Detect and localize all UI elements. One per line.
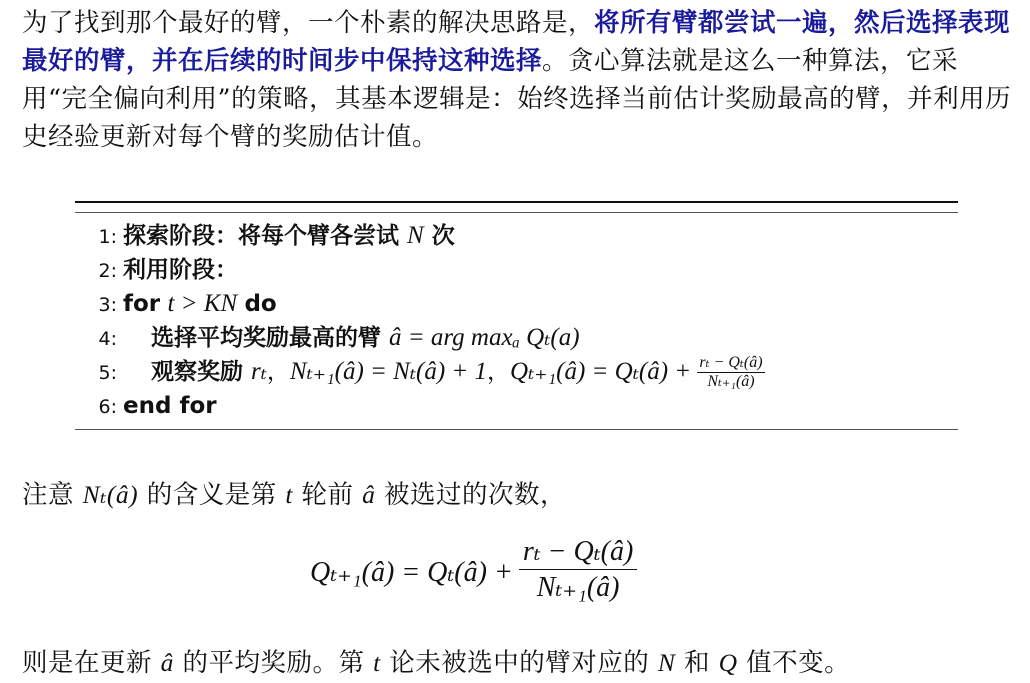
conclusion-part1: 则是在更新 [22, 648, 161, 678]
line-text: 探索阶段：将每个臂各尝试 [123, 223, 407, 249]
keyword-do: do [244, 291, 276, 317]
math-q-update: Qₜ₊₁(â) = Qₜ(â) + [510, 358, 697, 385]
math-count-update: Nₜ₊₁(â) = Nₜ(â) + 1 [290, 358, 487, 385]
note-mid2: 轮前 [293, 480, 362, 510]
algorithm-box: 1:探索阶段：将每个臂各尝试 N 次 2:利用阶段： 3:for t > KN … [75, 201, 958, 430]
line-number: 3: [75, 288, 123, 322]
intro-text-before: 为了找到那个最好的臂，一个朴素的解决思路是， [22, 8, 594, 38]
keyword-for: for [123, 291, 160, 317]
line-number: 1: [75, 220, 123, 254]
algorithm-line-5: 5:观察奖励 rₜ，Nₜ₊₁(â) = Nₜ(â) + 1，Qₜ₊₁(â) = … [75, 355, 958, 389]
algorithm-line-6: 6:end for [75, 389, 958, 423]
note-math-a: â [362, 480, 375, 509]
algorithm-line-1: 1:探索阶段：将每个臂各尝试 N 次 [75, 219, 958, 253]
intro-paragraph: 为了找到那个最好的臂，一个朴素的解决思路是，将所有臂都尝试一遍，然后选择表现最好… [22, 4, 1022, 156]
conclusion-math-t: t [373, 648, 381, 677]
line-tail: 次 [424, 223, 455, 249]
display-formula: Qₜ₊₁(â) = Qₜ(â) + rₜ − Qₜ(â) Nₜ₊₁(â) [310, 538, 637, 605]
keyword-end-for: end for [123, 393, 217, 419]
conclusion-part3: 论未被选中的臂对应的 [381, 648, 658, 678]
math-fraction: rₜ − Qₜ(â)Nₜ₊₁(â) [697, 355, 764, 390]
line-text: 观察奖励 [151, 359, 251, 385]
math-reward: rₜ [251, 358, 267, 385]
line-number: 2: [75, 254, 123, 288]
conclusion-part2: 的平均奖励。第 [174, 648, 373, 678]
note-mid1: 的含义是第 [138, 480, 285, 510]
algorithm-line-4: 4:选择平均奖励最高的臂 â = arg maxₐ Qₜ(a) [75, 321, 958, 355]
formula-fraction: rₜ − Qₜ(â) Nₜ₊₁(â) [519, 538, 637, 605]
note-paragraph: 注意 Nₜ(â) 的含义是第 t 轮前 â 被选过的次数， [22, 476, 1022, 514]
algorithm-lines: 1:探索阶段：将每个臂各尝试 N 次 2:利用阶段： 3:for t > KN … [75, 213, 958, 423]
note-math-n: Nₜ(â) [83, 480, 139, 509]
line-math: N [407, 222, 424, 249]
line-text: 选择平均奖励最高的臂 [151, 325, 389, 351]
note-suffix: 被选过的次数， [375, 480, 566, 510]
algorithm-bottom-rule [75, 429, 958, 430]
note-math-t: t [285, 480, 293, 509]
conclusion-math-n: N [658, 648, 676, 677]
line-math: t > KN [167, 290, 237, 317]
formula-denominator: Nₜ₊₁(â) [519, 570, 637, 605]
conclusion-part4: 和 [675, 648, 718, 678]
conclusion-paragraph: 则是在更新 â 的平均奖励。第 t 论未被选中的臂对应的 N 和 Q 值不变。 [22, 644, 1022, 682]
conclusion-math-a: â [161, 648, 174, 677]
line-number: 6: [75, 390, 123, 424]
algorithm-top-rule [75, 201, 958, 203]
line-text: 利用阶段： [123, 257, 238, 283]
conclusion-math-q: Q [719, 648, 738, 677]
formula-numerator: rₜ − Qₜ(â) [519, 538, 637, 570]
algorithm-line-2: 2:利用阶段： [75, 253, 958, 287]
note-prefix: 注意 [22, 480, 83, 510]
formula-lhs: Qₜ₊₁(â) = Qₜ(â) + [310, 555, 513, 589]
line-number: 5: [75, 356, 123, 390]
algorithm-line-3: 3:for t > KN do [75, 287, 958, 321]
line-math: â = arg maxₐ Qₜ(a) [389, 324, 580, 351]
conclusion-part5: 值不变。 [738, 648, 851, 678]
line-number: 4: [75, 322, 123, 356]
fraction-numerator: rₜ − Qₜ(â) [697, 355, 764, 373]
fraction-denominator: Nₜ₊₁(â) [697, 373, 764, 390]
